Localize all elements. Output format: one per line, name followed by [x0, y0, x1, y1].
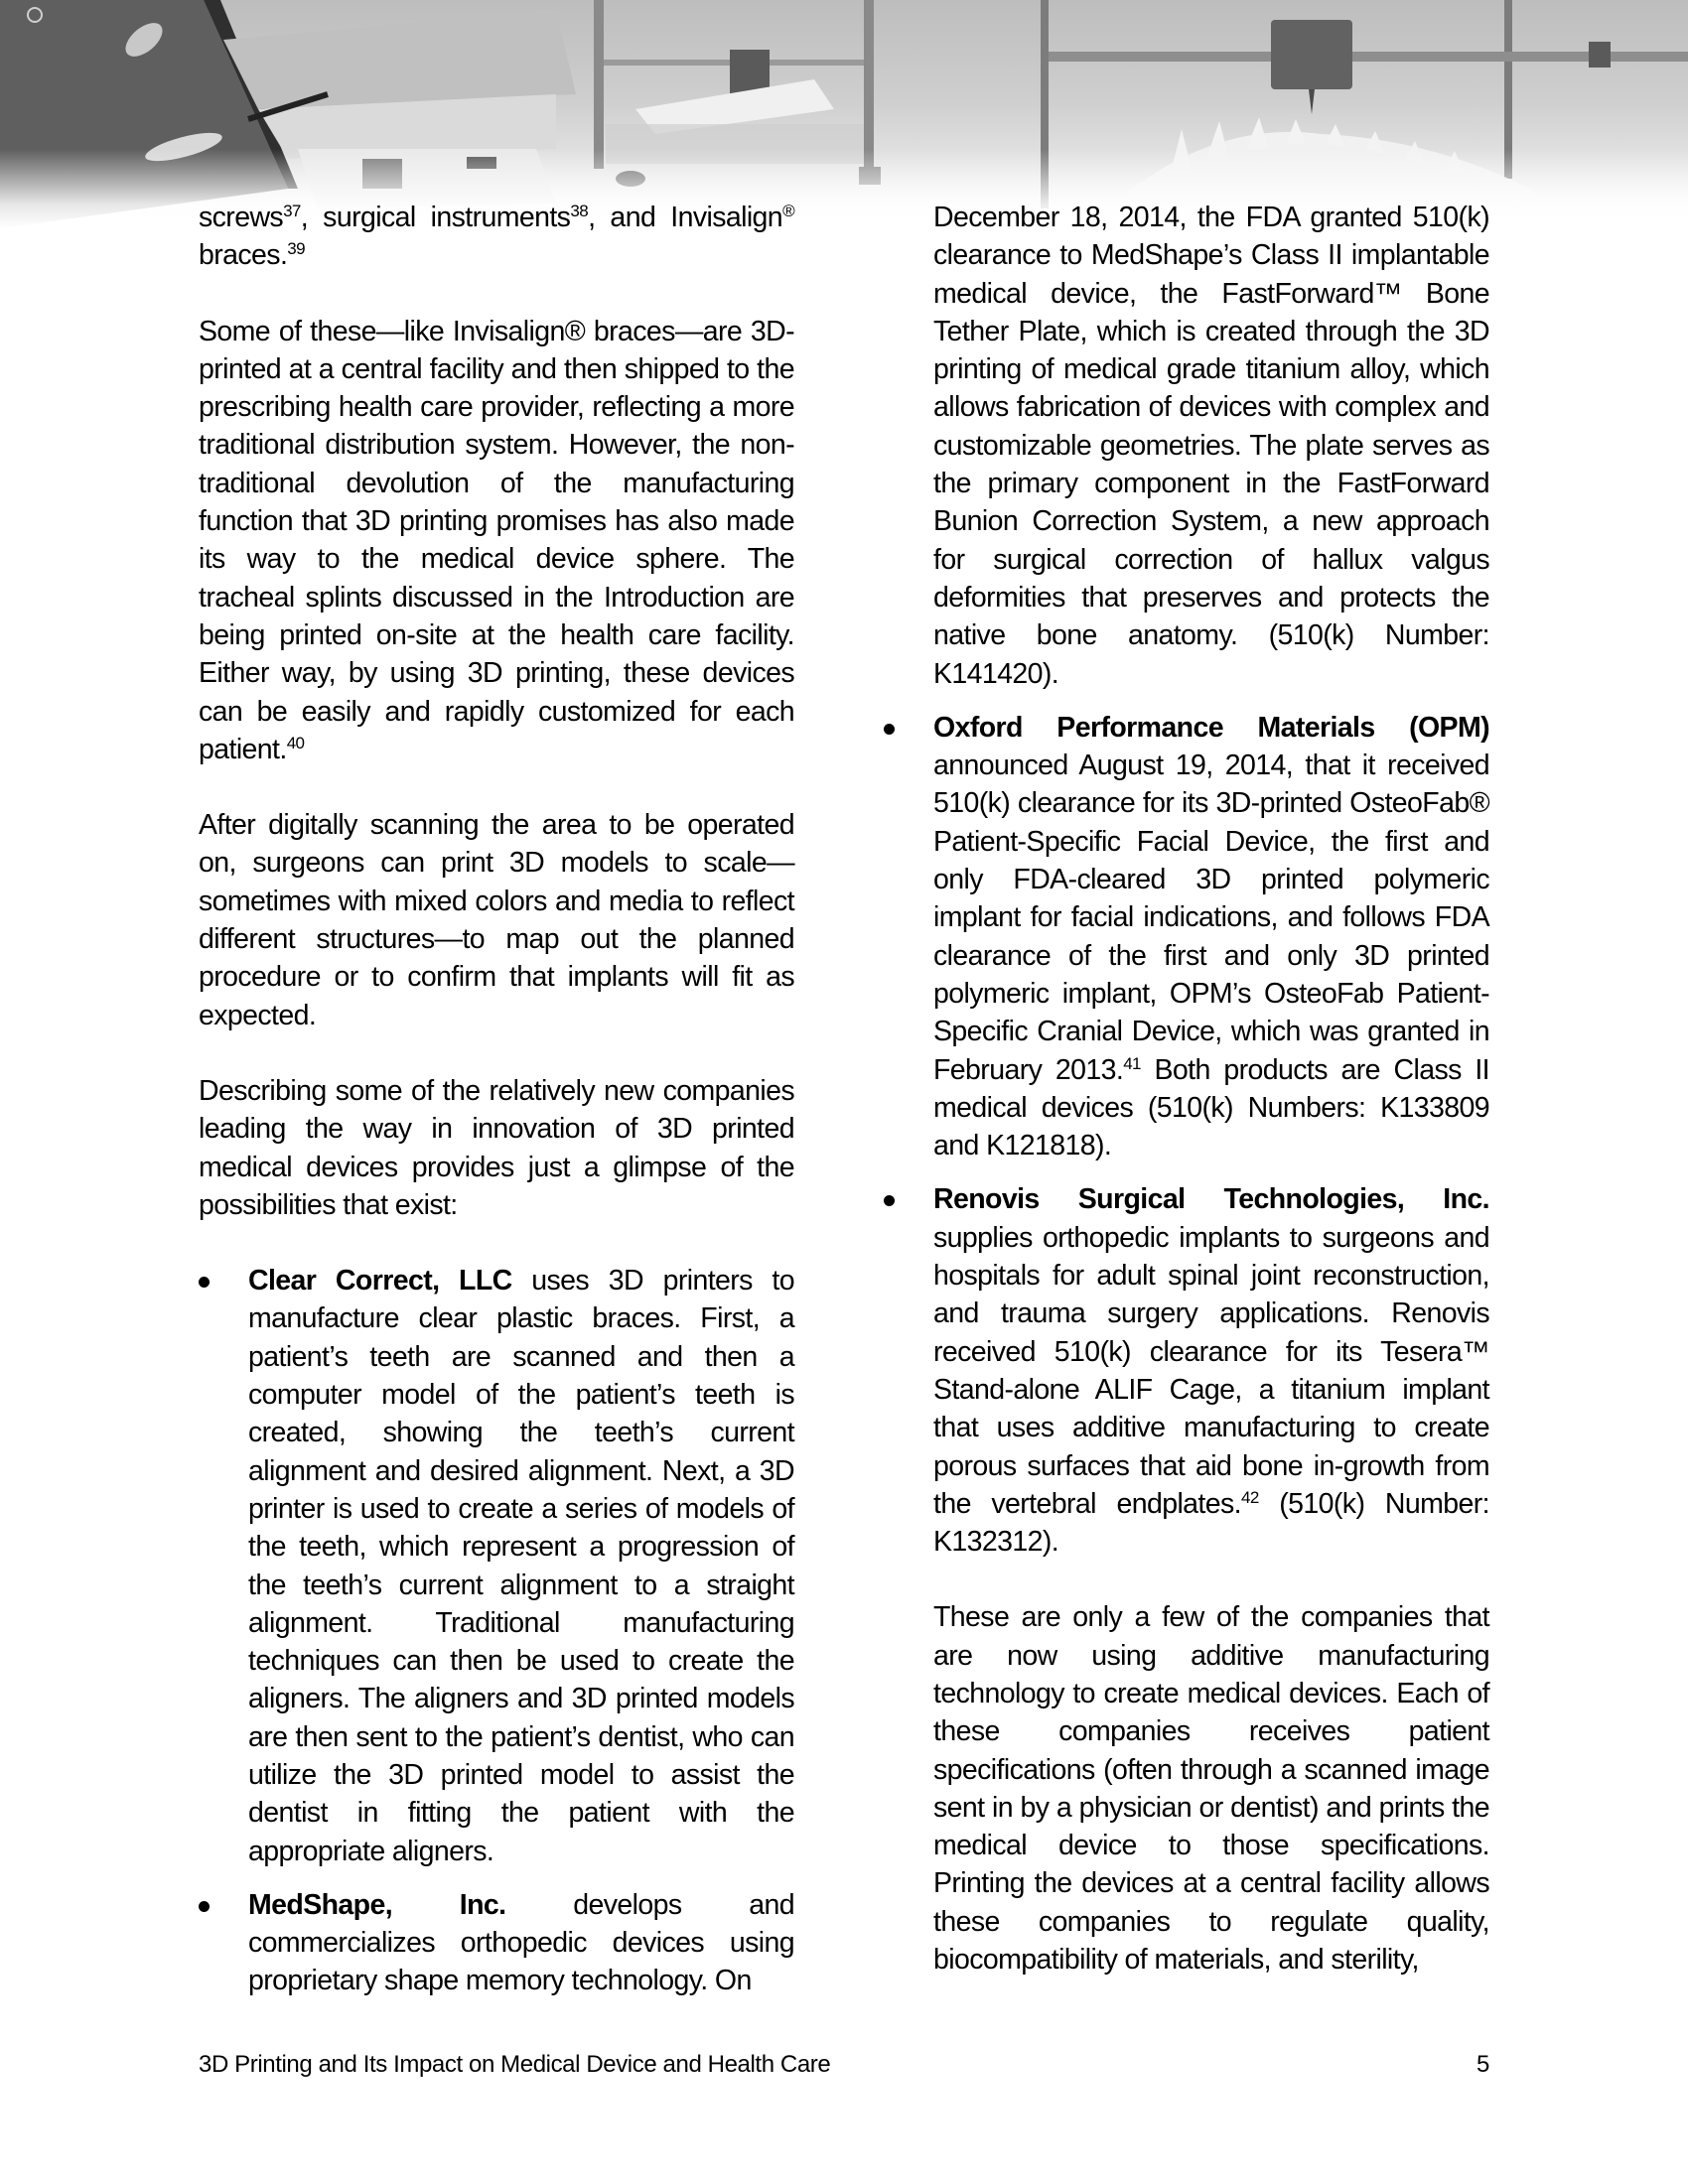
text: screws: [199, 202, 283, 233]
company-list: Clear Correct, LLC uses 3D printers to m…: [199, 1262, 794, 2000]
list-item-medshape: MedShape, Inc. develops and commercializ…: [199, 1886, 794, 2000]
left-column: screws37, surgical instruments38, and In…: [199, 199, 794, 2016]
header-photo: [0, 0, 1688, 228]
paragraph-companies-intro: Describing some of the relatively new co…: [199, 1072, 794, 1224]
paragraph-continued-list: screws37, surgical instruments38, and In…: [199, 199, 794, 275]
right-column: December 18, 2014, the FDA granted 510(k…: [933, 199, 1489, 2016]
page-number: 5: [1477, 2051, 1489, 2079]
list-item-opm: Oxford Performance Materials (OPM) annou…: [884, 709, 1489, 1165]
medshape-continued: December 18, 2014, the FDA granted 510(k…: [933, 199, 1489, 693]
footnote-ref[interactable]: 37: [283, 202, 301, 220]
footnote-ref[interactable]: 41: [1123, 1054, 1141, 1073]
bullet-icon: [199, 1901, 210, 1912]
registered-mark: ®: [782, 202, 794, 220]
text: braces.: [199, 239, 287, 271]
page-footer: 3D Printing and Its Impact on Medical De…: [199, 2051, 1489, 2081]
footnote-ref[interactable]: 42: [1241, 1488, 1259, 1507]
company-name: MedShape, Inc.: [248, 1889, 505, 1921]
paragraph-surgical-models: After digitally scanning the area to be …: [199, 806, 794, 1034]
company-description: uses 3D printers to manufacture clear pl…: [248, 1265, 794, 1866]
list-item-renovis: Renovis Surgical Technologies, Inc. supp…: [884, 1180, 1489, 1561]
company-description: announced August 19, 2014, that it recei…: [933, 750, 1489, 1085]
paragraph-closing: These are only a few of the companies th…: [933, 1598, 1489, 1979]
text: Some of these—like Invisalign® braces—ar…: [199, 316, 794, 765]
paragraph-distribution: Some of these—like Invisalign® braces—ar…: [199, 313, 794, 769]
company-description: supplies orthopedic implants to surgeons…: [933, 1222, 1489, 1520]
text: , and Invisalign: [588, 202, 782, 233]
footnote-ref[interactable]: 39: [287, 239, 305, 258]
footnote-ref[interactable]: 40: [287, 734, 305, 752]
company-name: Renovis Surgical Technologies, Inc.: [933, 1183, 1489, 1215]
footer-document-title: 3D Printing and Its Impact on Medical De…: [199, 2051, 830, 2079]
bullet-icon: [199, 1277, 210, 1288]
list-item-clear-correct: Clear Correct, LLC uses 3D printers to m…: [199, 1262, 794, 1870]
bullet-icon: [884, 1195, 895, 1206]
footnote-ref[interactable]: 38: [570, 202, 588, 220]
company-name: Clear Correct, LLC: [248, 1265, 512, 1297]
company-name: Oxford Performance Materials (OPM): [933, 712, 1489, 744]
text: , surgical instruments: [301, 202, 571, 233]
company-list-continued: Oxford Performance Materials (OPM) annou…: [933, 709, 1489, 1562]
bullet-icon: [884, 724, 895, 735]
